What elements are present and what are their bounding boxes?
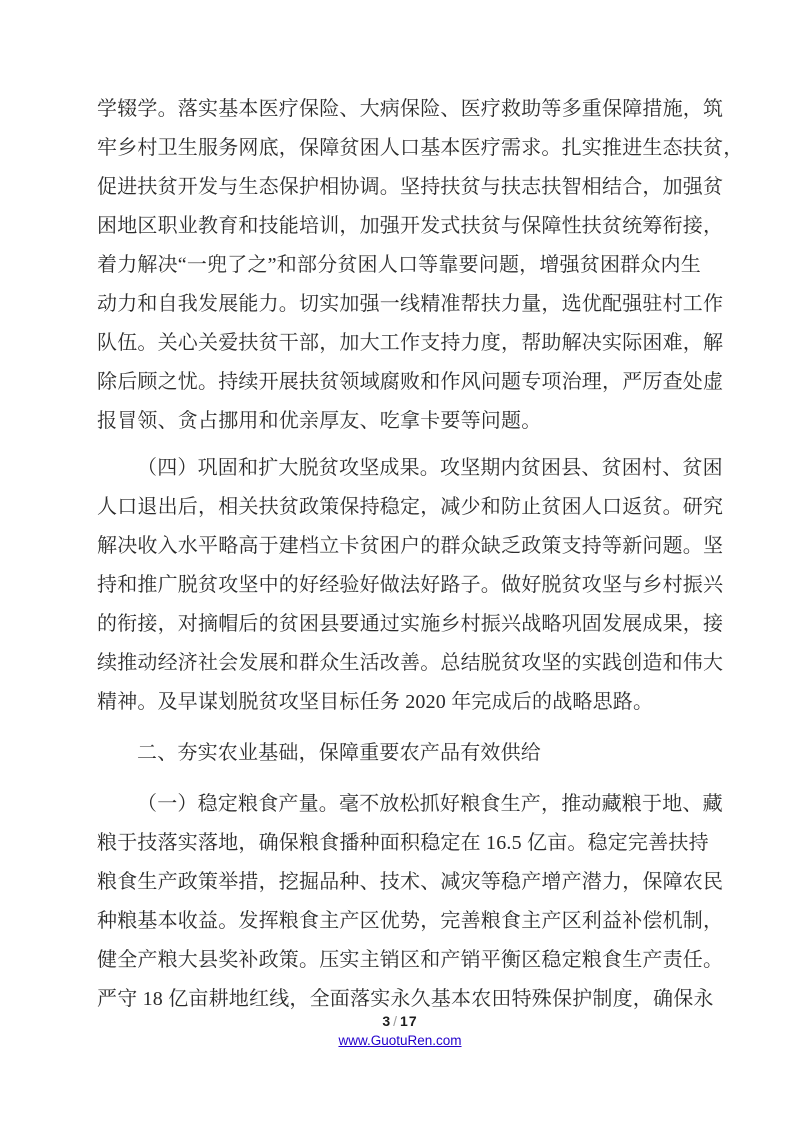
- text-line: 动力和自我发展能力。切实加强一线精准帮扶力量，选优配强驻村工作: [97, 285, 713, 324]
- paragraph-section-4-consolidate-poverty-results: （四）巩固和扩大脱贫攻坚成果。攻坚期内贫困县、贫困村、贫困人口退出后，相关扶贫政…: [97, 449, 713, 722]
- document-body: 学辍学。落实基本医疗保险、大病保险、医疗救助等多重保障措施，筑牢乡村卫生服务网底…: [97, 90, 713, 1027]
- page-footer: 3/17 www.GuotuRen.com: [0, 1013, 800, 1050]
- text-line: 报冒领、贪占挪用和优亲厚友、吃拿卡要等问题。: [97, 402, 713, 441]
- text-line: 健全产粮大县奖补政策。压实主销区和产销平衡区稳定粮食生产责任。: [97, 941, 713, 980]
- text-line: 持和推广脱贫攻坚中的好经验好做法好路子。做好脱贫攻坚与乡村振兴: [97, 566, 713, 605]
- text-line: 粮食生产政策举措，挖掘品种、技术、减灾等稳产增产潜力，保障农民: [97, 863, 713, 902]
- text-line: 解决收入水平略高于建档立卡贫困户的群众缺乏政策支持等新问题。坚: [97, 527, 713, 566]
- page-number-total: 17: [400, 1013, 418, 1029]
- text-line: 队伍。关心关爱扶贫干部，加大工作支持力度，帮助解决实际困难，解: [97, 324, 713, 363]
- text-line: 学辍学。落实基本医疗保险、大病保险、医疗救助等多重保障措施，筑: [97, 90, 713, 129]
- text-line: 着力解决“一兜了之”和部分贫困人口等靠要问题，增强贫困群众内生: [97, 246, 713, 285]
- text-line: 精神。及早谋划脱贫攻坚目标任务 2020 年完成后的战略思路。: [97, 683, 713, 722]
- text-line: 的衔接，对摘帽后的贫困县要通过实施乡村振兴战略巩固发展成果，接: [97, 605, 713, 644]
- text-line: （一）稳定粮食产量。毫不放松抓好粮食生产，推动藏粮于地、藏: [97, 785, 713, 824]
- heading-section-2-agriculture-foundation: 二、夯实农业基础，保障重要农产品有效供给: [97, 734, 713, 773]
- text-line: 牢乡村卫生服务网底，保障贫困人口基本医疗需求。扎实推进生态扶贫，: [97, 129, 713, 168]
- paragraph-item-1-stabilize-grain-output: （一）稳定粮食产量。毫不放松抓好粮食生产，推动藏粮于地、藏粮于技落实落地，确保粮…: [97, 785, 713, 1019]
- page-number-current: 3: [382, 1013, 391, 1029]
- text-line: 种粮基本收益。发挥粮食主产区优势，完善粮食主产区利益补偿机制，: [97, 902, 713, 941]
- text-line: 促进扶贫开发与生态保护相协调。坚持扶贫与扶志扶智相结合，加强贫: [97, 168, 713, 207]
- text-line: 困地区职业教育和技能培训，加强开发式扶贫与保障性扶贫统筹衔接，: [97, 207, 713, 246]
- page-number: 3/17: [0, 1013, 800, 1029]
- text-line: 续推动经济社会发展和群众生活改善。总结脱贫攻坚的实践创造和伟大: [97, 644, 713, 683]
- text-line: 人口退出后，相关扶贫政策保持稳定，减少和防止贫困人口返贫。研究: [97, 488, 713, 527]
- paragraph-poverty-measures-continuation: 学辍学。落实基本医疗保险、大病保险、医疗救助等多重保障措施，筑牢乡村卫生服务网底…: [97, 90, 713, 441]
- text-line: 除后顾之忧。持续开展扶贫领域腐败和作风问题专项治理，严厉查处虚: [97, 363, 713, 402]
- text-line: 粮于技落实落地，确保粮食播种面积稳定在 16.5 亿亩。稳定完善扶持: [97, 824, 713, 863]
- text-line: 二、夯实农业基础，保障重要农产品有效供给: [97, 734, 713, 773]
- document-page: 学辍学。落实基本医疗保险、大病保险、医疗救助等多重保障措施，筑牢乡村卫生服务网底…: [0, 0, 800, 1132]
- text-line: （四）巩固和扩大脱贫攻坚成果。攻坚期内贫困县、贫困村、贫困: [97, 449, 713, 488]
- website-link[interactable]: www.GuotuRen.com: [338, 1033, 461, 1048]
- page-number-separator: /: [391, 1013, 400, 1029]
